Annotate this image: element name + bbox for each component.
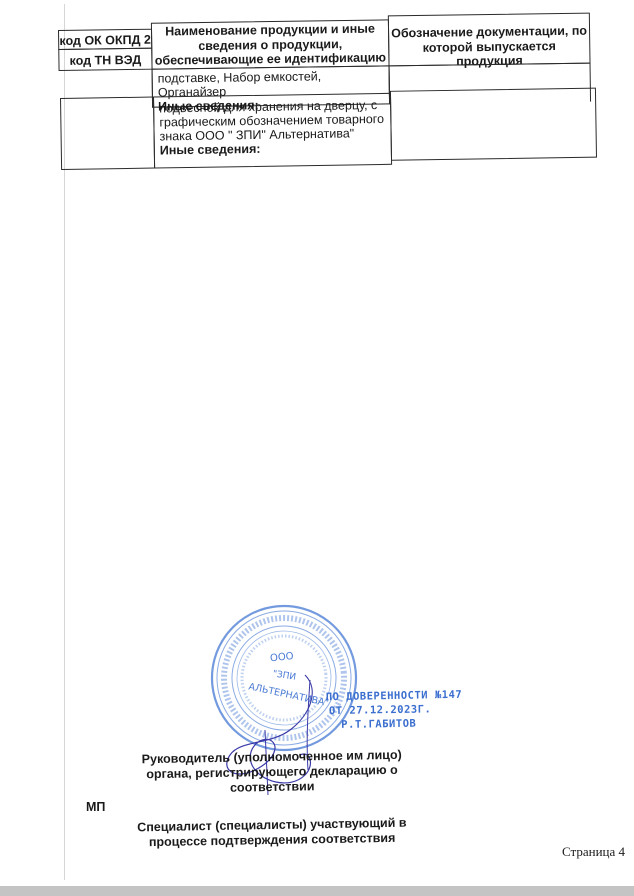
table-row-2: подвесной для хранения на дверцу, с граф… xyxy=(60,90,601,170)
specialist-signature-label: Специалист (специалисты) участвующий в п… xyxy=(132,816,412,851)
header-tnved: код ТН ВЭД xyxy=(58,48,152,71)
header-product-name: Наименование продукции и иные сведения о… xyxy=(151,19,390,69)
head-signature-label: Руководитель (уполномоченное им лицо) ор… xyxy=(132,748,413,798)
declaration-table: код ОК ОКПД 2 код ТН ВЭД Наименование пр… xyxy=(58,23,595,90)
header-documentation: Обозначение документации, по которой вып… xyxy=(388,13,591,67)
header-okpd-label: код ОК ОКПД 2 xyxy=(59,33,151,48)
page-bottom-edge xyxy=(0,886,634,896)
header-okpd: код ОК ОКПД 2 xyxy=(58,29,152,50)
table-row-2-doc xyxy=(390,88,597,161)
power-of-attorney-stamp: ПО ДОВЕРЕННОСТИ №147 ОТ 27.12.2023Г. Р.Т… xyxy=(326,688,463,732)
poa-line-3: Р.Т.ГАБИТОВ xyxy=(341,716,463,732)
mp-label: МП xyxy=(86,800,105,814)
row-2-other-info-label: Иные сведения: xyxy=(160,140,386,158)
table-row-2-code xyxy=(60,97,155,170)
header-tnved-label: код ТН ВЭД xyxy=(70,53,142,68)
page-number: Страница 4 xyxy=(562,844,625,860)
table-row-2-name: подвесной для хранения на дверцу, с граф… xyxy=(153,93,392,169)
seal-place-label: МП xyxy=(86,800,105,815)
poa-line-1: ПО ДОВЕРЕННОСТИ №147 xyxy=(326,688,463,704)
header-doc-line1: Обозначение документации, по xyxy=(389,24,589,41)
svg-text:ООО: ООО xyxy=(270,651,295,664)
